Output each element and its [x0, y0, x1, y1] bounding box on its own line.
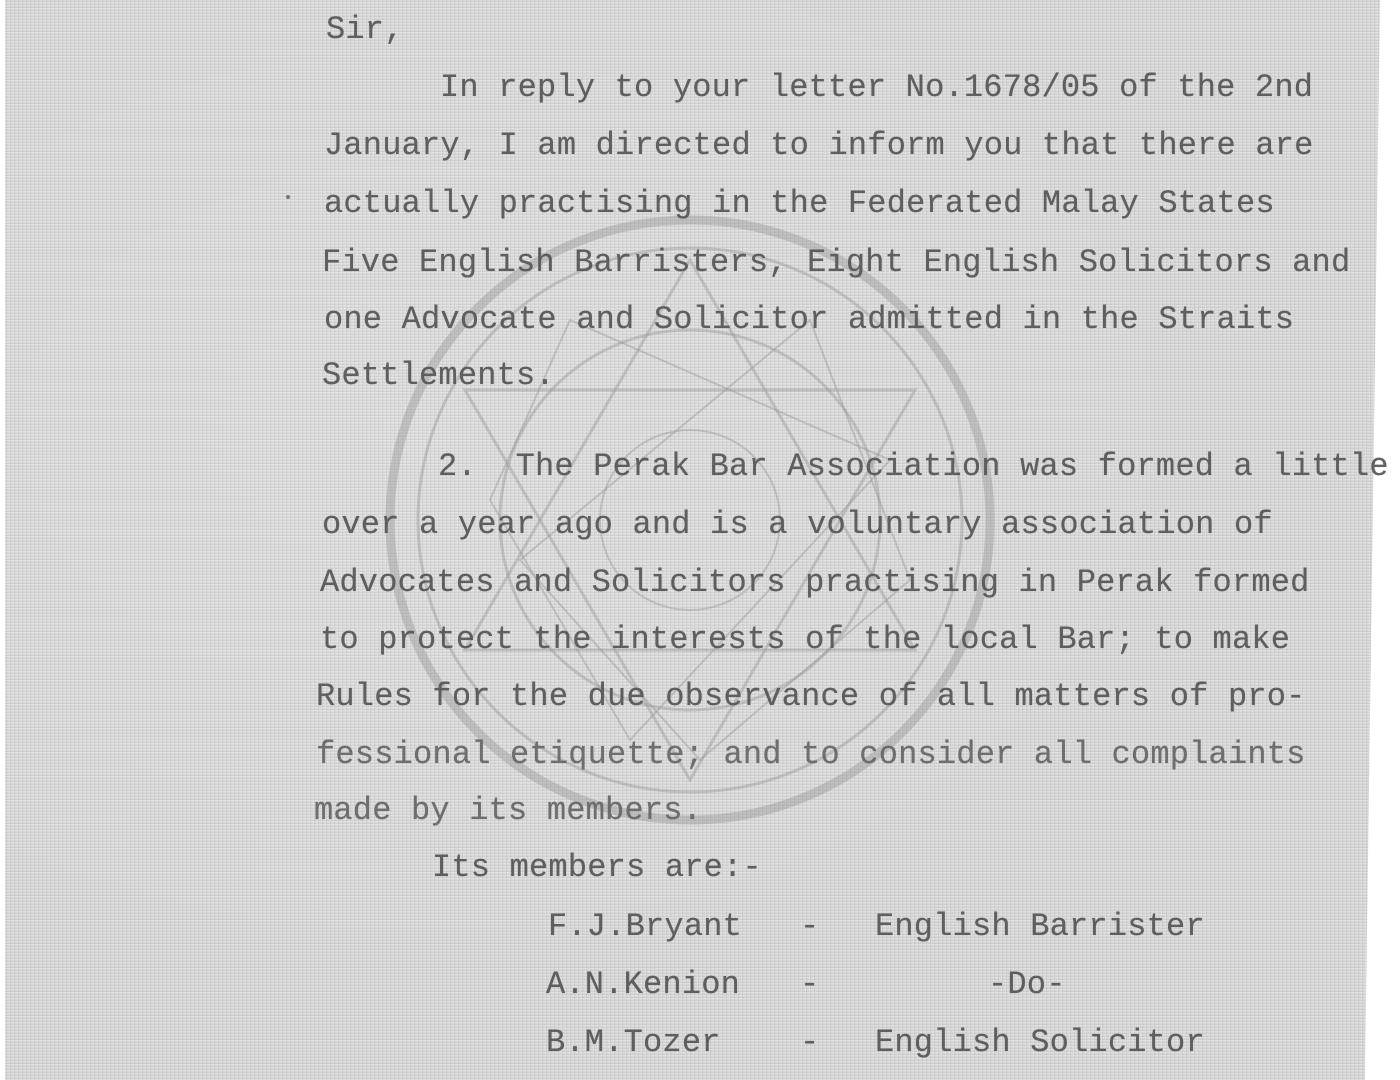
member-role: English Solicitor	[875, 1027, 1205, 1059]
member-dash: -	[800, 1027, 819, 1059]
paragraph-1-line-4: Five English Barristers, Eight English S…	[322, 247, 1350, 279]
paragraph-1-line-6: Settlements.	[322, 360, 555, 392]
members-intro: Its members are:-	[432, 852, 762, 884]
paragraph-2-line-3: Advocates and Solicitors practising in P…	[320, 567, 1310, 599]
member-dash: -	[800, 969, 819, 1001]
paragraph-2-line-6: fessional etiquette; and to consider all…	[316, 739, 1306, 771]
member-name: B.M.Tozer	[546, 1027, 721, 1059]
paragraph-1-line-1: In reply to your letter No.1678/05 of th…	[440, 72, 1313, 104]
paragraph-1-line-3: actually practising in the Federated Mal…	[324, 188, 1275, 220]
member-name: A.N.Kenion	[546, 969, 740, 1001]
paragraph-2-line-5: Rules for the due observance of all matt…	[316, 681, 1306, 713]
member-name: F.J.Bryant	[548, 911, 742, 943]
paragraph-2-line-7: made by its members.	[314, 795, 702, 827]
member-role: -Do-	[988, 969, 1066, 1001]
paragraph-2-line-1: 2. The Perak Bar Association was formed …	[438, 451, 1389, 483]
paragraph-2-line-4: to protect the interests of the local Ba…	[320, 624, 1290, 656]
paragraph-2-line-2: over a year ago and is a voluntary assoc…	[322, 509, 1273, 541]
salutation: Sir,	[326, 14, 404, 46]
paragraph-1-line-2: January, I am directed to inform you tha…	[324, 130, 1314, 162]
stray-ink-mark	[286, 195, 290, 199]
member-dash: -	[800, 911, 819, 943]
paragraph-1-line-5: one Advocate and Solicitor admitted in t…	[324, 304, 1294, 336]
member-role: English Barrister	[875, 911, 1205, 943]
